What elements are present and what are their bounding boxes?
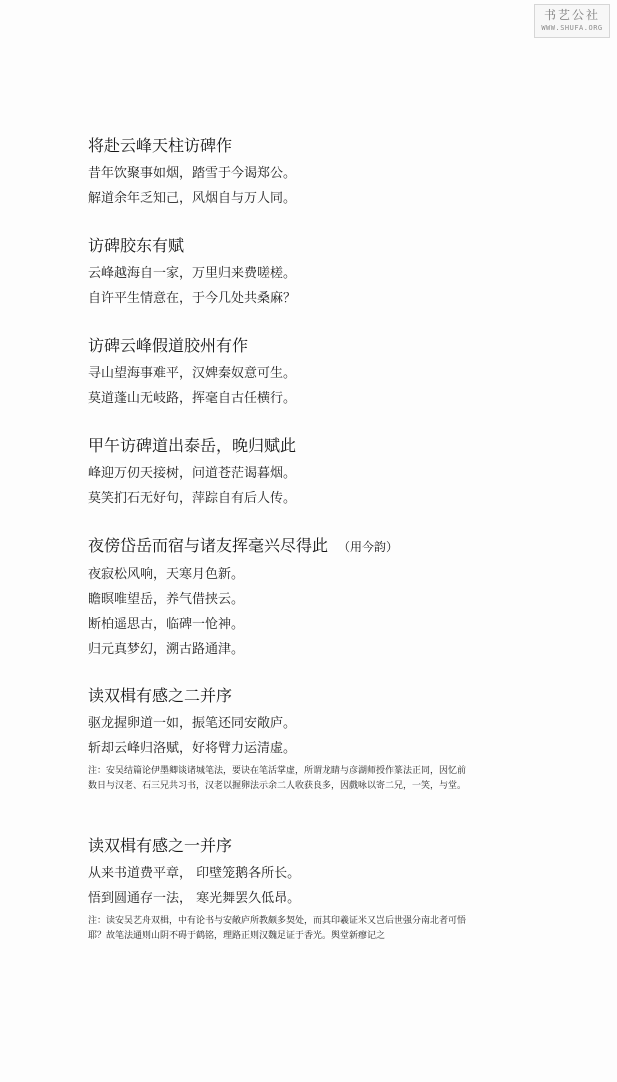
poem-title-text: 夜傍岱岳而宿与诸友挥毫兴尽得此 [88,536,328,555]
poem-line: 从来书道费平章， 印壁笼鹅各所长。 [88,861,588,886]
poem-title: 将赴云峰天柱访碑作 [88,136,588,156]
poem-subtitle: （用今韵） [338,540,398,554]
poem-title: 读双楫有感之二并序 [88,686,588,706]
poem-note: 注：读安吴艺舟双楫，中有论书与安敞庐所教颇多契处，而其印羲证米又岂后世强分南北者… [88,914,473,944]
poem-title: 夜傍岱岳而宿与诸友挥毫兴尽得此（用今韵） [88,536,588,557]
logo-url: WWW.SHUFA.ORG [535,23,609,33]
poem-3: 访碑云峰假道胶州有作 寻山望海事难平，汉婢秦奴意可生。 莫道蓬山无岐路，挥毫自古… [88,336,588,411]
poem-4: 甲午访碑道出泰岳，晚归赋此 峰迎万仞天接树，问道苍茫谒暮烟。 莫笑扪石无好句，萍… [88,436,588,511]
poem-1: 将赴云峰天柱访碑作 昔年饮聚事如烟，踏雪于今谒郑公。 解道余年乏知己，风烟自与万… [88,136,588,211]
poem-line: 莫笑扪石无好句，萍踪自有后人传。 [88,486,588,511]
poem-line: 昔年饮聚事如烟，踏雪于今谒郑公。 [88,161,588,186]
poem-line: 寻山望海事难平，汉婢秦奴意可生。 [88,361,588,386]
poem-line: 峰迎万仞天接树，问道苍茫谒暮烟。 [88,461,588,486]
logo-text: 书艺公社 [535,7,609,23]
poem-line: 莫道蓬山无岐路，挥毫自古任横行。 [88,386,588,411]
poem-line: 断柏遥思古，临碑一怆神。 [88,612,588,637]
poem-title: 读双楫有感之一并序 [88,836,588,856]
poem-title: 甲午访碑道出泰岳，晚归赋此 [88,436,588,456]
poem-2: 访碑胶东有赋 云峰越海自一家，万里归来费嗟槎。 自许平生情意在，于今几处共桑麻？ [88,236,588,311]
poem-line: 驱龙握卵道一如，振笔还同安敞庐。 [88,711,588,736]
poem-line: 自许平生情意在，于今几处共桑麻？ [88,286,588,311]
poem-line: 解道余年乏知己，风烟自与万人同。 [88,186,588,211]
poem-line: 斩却云峰归洛赋，好将臂力运清虚。 [88,736,588,761]
poem-line: 云峰越海自一家，万里归来费嗟槎。 [88,261,588,286]
poem-line: 夜寂松风响，天寒月色新。 [88,562,588,587]
poem-7: 读双楫有感之一并序 从来书道费平章， 印壁笼鹅各所长。 悟到圆通存一法， 寒光舞… [88,836,588,944]
poem-note: 注：安吴结篇论伊墨卿谈诸城笔法，要诀在笔活掌虚，所谓龙睛与彦湖师授作篆法正同，因… [88,764,473,794]
poem-6: 读双楫有感之二并序 驱龙握卵道一如，振笔还同安敞庐。 斩却云峰归洛赋，好将臂力运… [88,686,588,794]
poem-line: 悟到圆通存一法， 寒光舞罢久低昂。 [88,886,588,911]
poem-line: 归元真梦幻，溯古路通津。 [88,637,588,662]
poem-title: 访碑胶东有赋 [88,236,588,256]
poem-title: 访碑云峰假道胶州有作 [88,336,588,356]
watermark-logo: 书艺公社 WWW.SHUFA.ORG [534,4,610,38]
poem-5: 夜傍岱岳而宿与诸友挥毫兴尽得此（用今韵） 夜寂松风响，天寒月色新。 瞻暝唯望岳，… [88,536,588,662]
poem-line: 瞻暝唯望岳，养气借挟云。 [88,587,588,612]
